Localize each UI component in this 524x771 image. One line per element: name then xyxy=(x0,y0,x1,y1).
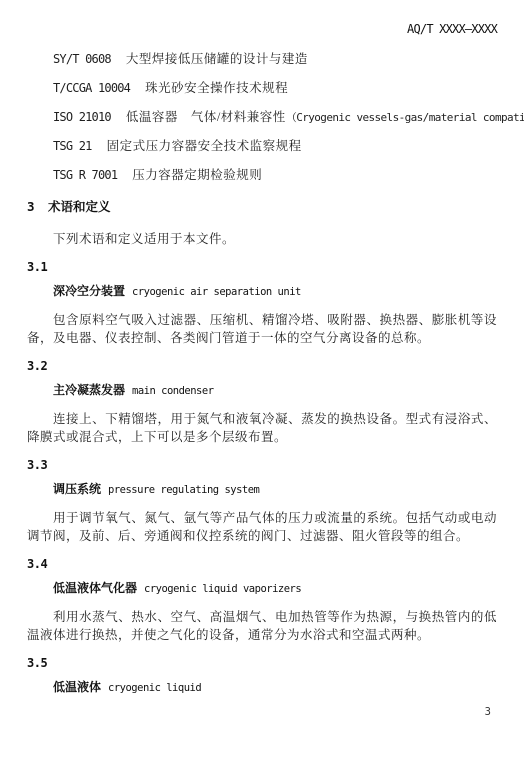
reference-code: ISO 21010 xyxy=(53,110,111,124)
term-name-zh: 低温液体气化器 xyxy=(53,581,137,595)
term-name-en: cryogenic liquid xyxy=(108,682,201,694)
term-block: 3.3 调压系统pressure regulating system 用于调节氧… xyxy=(27,456,497,545)
reference-code: TSG 21 xyxy=(53,139,92,153)
term-definition: 利用水蒸气、热水、空气、高温烟气、电加热管等作为热源，与换热管内的低温液体进行换… xyxy=(27,608,497,644)
term-line: 主冷凝蒸发器main condenser xyxy=(27,381,497,400)
document-page: AQ/T XXXX—XXXX SY/T 0608大型焊接低压储罐的设计与建造 T… xyxy=(0,0,524,771)
term-number: 3.4 xyxy=(27,555,497,573)
term-number: 3.5 xyxy=(27,654,497,672)
term-name-en: cryogenic liquid vaporizers xyxy=(144,583,301,595)
term-definition: 包含原料空气吸入过滤器、压缩机、精馏冷塔、吸附器、换热器、膨胀机等设备，及电器、… xyxy=(27,311,497,347)
reference-title: 压力容器定期检验规则 xyxy=(132,168,262,182)
term-block: 3.1 深冷空分装置cryogenic air separation unit … xyxy=(27,258,497,347)
term-name-en: main condenser xyxy=(132,385,214,397)
reference-item: TSG 21固定式压力容器安全技术监察规程 xyxy=(27,137,497,156)
term-name-en: pressure regulating system xyxy=(108,484,259,496)
reference-title: 固定式压力容器安全技术监察规程 xyxy=(107,139,302,153)
term-name-zh: 主冷凝蒸发器 xyxy=(53,383,125,397)
term-block: 3.2 主冷凝蒸发器main condenser 连接上、下精馏塔，用于氮气和液… xyxy=(27,357,497,446)
section-number: 3 xyxy=(27,199,34,214)
term-number: 3.3 xyxy=(27,456,497,474)
page-number: 3 xyxy=(485,706,491,718)
term-name-en: cryogenic air separation unit xyxy=(132,286,301,298)
term-block: 3.4 低温液体气化器cryogenic liquid vaporizers 利… xyxy=(27,555,497,644)
reference-title: 大型焊接低压储罐的设计与建造 xyxy=(126,52,308,66)
section-title: 术语和定义 xyxy=(48,199,111,214)
reference-item: TSG R 7001压力容器定期检验规则 xyxy=(27,166,497,185)
reference-code: SY/T 0608 xyxy=(53,52,111,66)
term-definition: 连接上、下精馏塔，用于氮气和液氧冷凝、蒸发的换热设备。型式有浸浴式、降膜式或混合… xyxy=(27,410,497,446)
term-name-zh: 深冷空分装置 xyxy=(53,284,125,298)
term-block: 3.5 低温液体cryogenic liquid xyxy=(27,654,497,697)
reference-item: T/CCGA 10004珠光砂安全操作技术规程 xyxy=(27,79,497,98)
reference-title: 低温容器 气体/材料兼容性 xyxy=(126,110,286,124)
section-heading: 3术语和定义 xyxy=(27,198,497,216)
term-line: 深冷空分装置cryogenic air separation unit xyxy=(27,282,497,301)
reference-list: SY/T 0608大型焊接低压储罐的设计与建造 T/CCGA 10004珠光砂安… xyxy=(27,50,497,185)
term-name-zh: 低温液体 xyxy=(53,680,101,694)
term-line: 低温液体cryogenic liquid xyxy=(27,678,497,697)
intro-paragraph: 下列术语和定义适用于本文件。 xyxy=(27,230,497,248)
term-number: 3.1 xyxy=(27,258,497,276)
reference-item: ISO 21010低温容器 气体/材料兼容性（Cryogenic vessels… xyxy=(27,108,497,127)
term-line: 调压系统pressure regulating system xyxy=(27,480,497,499)
term-line: 低温液体气化器cryogenic liquid vaporizers xyxy=(27,579,497,598)
reference-title-en: （Cryogenic vessels-gas/material compatib… xyxy=(286,111,524,124)
term-number: 3.2 xyxy=(27,357,497,375)
term-name-zh: 调压系统 xyxy=(53,482,101,496)
reference-title: 珠光砂安全操作技术规程 xyxy=(145,81,288,95)
reference-code: TSG R 7001 xyxy=(53,168,117,182)
standard-code-header: AQ/T XXXX—XXXX xyxy=(27,20,497,38)
term-definition: 用于调节氧气、氮气、氩气等产品气体的压力或流量的系统。包括气动或电动调节阀，及前… xyxy=(27,509,497,545)
reference-code: T/CCGA 10004 xyxy=(53,81,130,95)
reference-item: SY/T 0608大型焊接低压储罐的设计与建造 xyxy=(27,50,497,69)
